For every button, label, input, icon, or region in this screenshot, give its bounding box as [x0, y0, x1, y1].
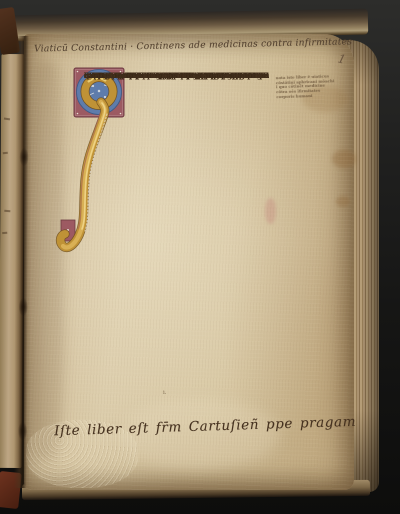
quire-mark: i. — [163, 390, 167, 396]
marginal-annotation: nota iste liber ē uiaticuscōstātini aphr… — [276, 74, 347, 100]
manuscript-text-line: quecūq que aliqua perſtrīxit allebāt uol… — [84, 71, 267, 82]
sewing-support — [19, 298, 28, 316]
sewing-support — [20, 148, 29, 166]
bleedthrough-mark — [4, 118, 10, 120]
bleedthrough-mark — [3, 152, 8, 154]
sewing-support — [18, 422, 27, 440]
illuminated-initial-q: Q — [54, 60, 130, 260]
binding-gutter — [14, 36, 32, 488]
bleedthrough-mark — [4, 210, 10, 212]
bleedthrough-mark — [2, 232, 7, 234]
manuscript-photo: Viaticū Constantini · Continens ade medi… — [0, 0, 400, 514]
stain — [332, 150, 356, 168]
stain — [336, 196, 350, 207]
red-marginal-smudge — [265, 198, 276, 224]
